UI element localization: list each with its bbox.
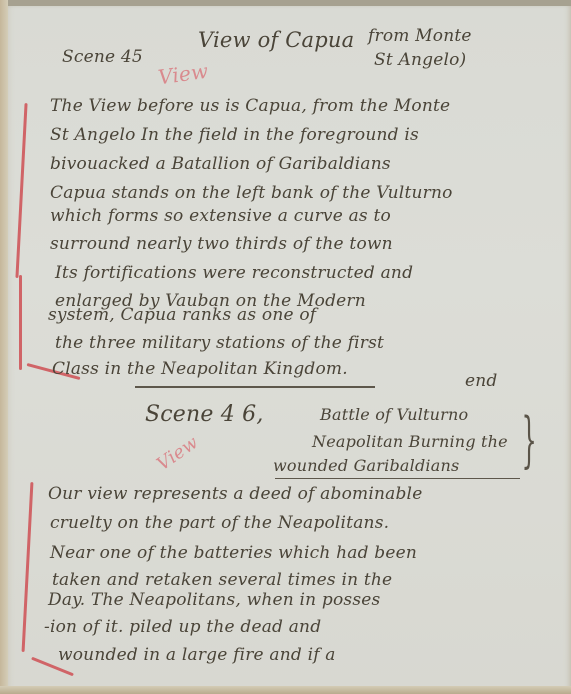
scene-45-subtitle-line1: from Monte bbox=[368, 26, 472, 46]
scene-45-line: Class in the Neapolitan Kingdom. bbox=[52, 359, 348, 379]
page-bottom-edge bbox=[0, 686, 571, 694]
scene-45-line: bivouacked a Batallion of Garibaldians bbox=[50, 154, 391, 174]
scene-45-end-mark: end bbox=[465, 371, 498, 391]
scene-45-title: View of Capua bbox=[198, 28, 354, 52]
scene-46-margin-mark bbox=[22, 482, 34, 652]
scene-46-title-line3: wounded Garibaldians bbox=[273, 456, 459, 475]
scene-45-line: the three military stations of the first bbox=[55, 333, 384, 353]
scene-45-line: Its fortifications were reconstructed an… bbox=[55, 263, 413, 283]
scene-46-title-line1: Battle of Vulturno bbox=[320, 405, 468, 424]
scene-46-line: wounded in a large fire and if a bbox=[58, 645, 336, 665]
scene-45-margin-mark-mid bbox=[19, 275, 22, 370]
page-left-edge bbox=[0, 0, 8, 694]
scene-45-line: which forms so extensive a curve as to bbox=[50, 206, 391, 226]
scene-45-line: Capua stands on the left bank of the Vul… bbox=[50, 183, 453, 203]
scene-46-label: Scene 4 6, bbox=[145, 402, 264, 427]
scene-46-line: -ion of it. piled up the dead and bbox=[44, 617, 321, 637]
scene-45-end-rule bbox=[135, 386, 375, 388]
scene-45-line: system, Capua ranks as one of bbox=[48, 305, 316, 325]
scene-46-title-rule bbox=[275, 478, 520, 479]
scene-46-title-brace: } bbox=[521, 410, 536, 470]
scene-46-line: Near one of the batteries which had been bbox=[50, 543, 417, 563]
scene-46-line: Our view represents a deed of abominable bbox=[48, 484, 422, 504]
scene-45-line: surround nearly two thirds of the town bbox=[50, 234, 393, 254]
scene-46-line: cruelty on the part of the Neapolitans. bbox=[50, 513, 389, 533]
manuscript-page: Scene 45 View of Capua from Monte St Ang… bbox=[0, 0, 571, 694]
scene-45-label: Scene 45 bbox=[62, 47, 143, 67]
scene-45-line: The View before us is Capua, from the Mo… bbox=[50, 96, 450, 116]
scene-45-margin-mark bbox=[15, 103, 27, 278]
scene-45-line: St Angelo In the field in the foreground… bbox=[50, 125, 419, 145]
scene-46-line: Day. The Neapolitans, when in posses bbox=[48, 590, 380, 610]
scene-45-pencil-annotation: View bbox=[157, 59, 210, 90]
scene-45-subtitle-line2: St Angelo) bbox=[374, 50, 466, 70]
scene-46-pencil-annotation: View bbox=[153, 432, 202, 475]
scene-46-title-line2: Neapolitan Burning the bbox=[312, 432, 508, 451]
scene-46-line: taken and retaken several times in the bbox=[52, 570, 392, 590]
page-top-edge bbox=[0, 0, 571, 6]
